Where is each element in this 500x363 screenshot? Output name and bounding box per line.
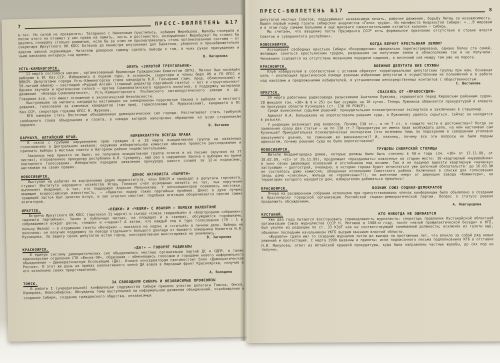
continuation-text-right-2: Мы считаем, что введение поста Президент… (260, 29, 492, 39)
section-body: Выступая на дебатах по внутреннему радио… (21, 175, 242, 205)
section-paragraph: 13 марта состоялся митинг, организованны… (19, 67, 241, 101)
section-paragraph: У редакции возникает ряд вопросов. Почем… (261, 121, 493, 143)
header-rule-left (25, 25, 151, 29)
news-section: КРАСНОЯРСК. «ДА!» — ГОВОРЯТ РАДИКАЛЫ В е… (22, 243, 244, 277)
section-paragraph: «Журавли» (дали им) то создание журналов… (261, 233, 493, 251)
section-paragraph: Ассоциация свободных крестьян Сибири «Во… (260, 46, 492, 60)
news-section: БАРНАУЛ, АЛТАЙСКИЙ КРАЙ. НОМЕНКЛАТУРА ВС… (20, 131, 242, 170)
page-number-left: 7 (18, 25, 21, 30)
news-section: ИРКУТСК. «ПЕШКИ» И «ЧЕШКИ» С ИВАНОМ — ПО… (22, 205, 244, 244)
bulletin-title-left: ПРЕСС-БЮЛЛЕТЕНЬ №17 (155, 20, 239, 28)
news-section: ИРКУТСК. СПАСАЯСЬ ОТ «ПРАВОСУДИЯ» 24 мар… (260, 90, 492, 144)
sections-left: УСТЬ-КАМЕНОГОРСК. ОПЯТЬ «ЗОЛОТОЙ ТРЕУГОЛ… (19, 62, 245, 300)
section-body: В связи с грубыми нарушениями прав гражд… (20, 136, 242, 170)
news-section: КРАСНОЯРСК. ВОЗНИК СОЮЗ СОЦИАЛ-ДЕМОКРАТО… (261, 185, 493, 208)
section-body: Клуб избирателей в соответствии с уставо… (260, 68, 492, 82)
header-rule-right (348, 11, 485, 13)
scanned-spread: 7 ПРЕСС-БЮЛЛЕТЕНЬ №17 в-те». Но силой не… (0, 0, 500, 363)
page-left: 7 ПРЕСС-БЮЛЛЕТЕНЬ №17 в-те». Но силой не… (2, 15, 250, 342)
section-body: Ассоциация свободных крестьян Сибири «Во… (260, 46, 492, 60)
page-header-right: ПРЕСС-БЮЛЛЕТЕНЬ №17 8 (260, 7, 492, 15)
sections-right: НОВОСИБИРСК. КОГДА ВЕРНУТ КРЕСТЬЯНАМ ЗЕМ… (260, 42, 493, 252)
section-paragraph: Уже два года пытаются восстановить справ… (261, 216, 493, 234)
news-section: ТОМСК. ЗА СВОБОДНУЮ СИБИРЬ И НЕЗАВИСИМЫЕ… (23, 278, 244, 300)
page-number-right: 8 (489, 8, 492, 13)
news-section: КУСТАНАЙ. КТО НИКОГДА НЕ ОШИБАЕТСЯ Уже д… (261, 211, 493, 251)
section-paragraph: 24 марта работники радиозавода разыскива… (261, 95, 493, 109)
news-section: НОВОСИБИРСК. ТРУЩОБЫ СИБИРСКОЙ СТОЛИЦЫ Ж… (261, 147, 493, 183)
news-section: УСТЬ-КАМЕНОГОРСК. ОПЯТЬ «ЗОЛОТОЙ ТРЕУГОЛ… (19, 62, 241, 131)
news-section: КРАСНОЯРСК. ВОЕННЫЕ ДЕПУТАТЫ ВНЕ СЛУЖБЫ … (260, 63, 492, 86)
section-body: Уже два года пытаются восстановить справ… (261, 216, 493, 251)
section-body: 24 марта работники радиозавода разыскива… (261, 95, 493, 144)
news-section: НОВОСИБИРСК. ДОНОС АКТИВИСТА «ПАМЯТИ» Вы… (21, 170, 243, 204)
section-paragraph: Выступая на дебатах по внутреннему радио… (21, 175, 242, 205)
section-paragraph: Клуб избирателей в соответствии с уставо… (260, 68, 492, 82)
bulletin-title-right: ПРЕСС-БЮЛЛЕТЕНЬ №17 (260, 8, 344, 15)
news-section: НОВОСИБИРСК. КОГДА ВЕРНУТ КРЕСТЬЯНАМ ЗЕМ… (260, 42, 492, 61)
section-body: Жители Академгородка домов, которые долж… (261, 152, 493, 183)
page-right: ПРЕСС-БЮЛЛЕТЕНЬ №17 8 депутатов местных … (245, 0, 500, 343)
section-body: 13 марта состоялся митинг, организованны… (19, 67, 241, 127)
section-paragraph: Жители Академгородка домов, которые долж… (261, 152, 493, 183)
